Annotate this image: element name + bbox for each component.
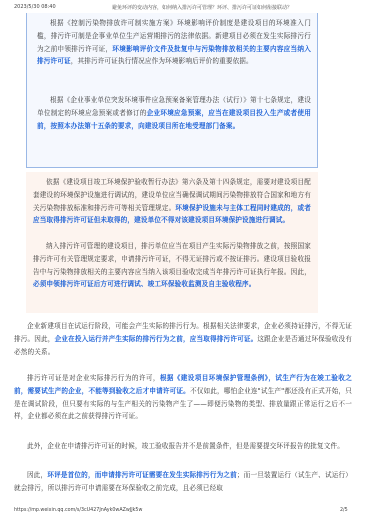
body-paragraph: 此外，企业在申请排污许可证的时候，竣工验收报告并不是前置条件，但是需要提交环评报… <box>14 440 352 453</box>
quote-paragraph: 纳入排污许可管理的建设项目，排污单位应当在项目产生实际污染物排放之前，按照国家排… <box>33 240 311 291</box>
highlight-text: 环评是首位的，而申请排污许可证需要在发生实际排污行为之前 <box>47 471 237 479</box>
body-paragraph: 企业新建项目在试运行阶段，可能会产生实际的排污行为。根据相关法律要求，企业必须持… <box>14 320 352 358</box>
quote-paragraph: 根据《企业事业单位突发环境事件应急预案备案管理办法（试行）》第十七条规定，建设单… <box>37 94 311 132</box>
quote-box-acceptance-rules: 依据《建设项目竣工环境保护验收暂行办法》第六条及第十四条规定，需要对建设项目配套… <box>26 172 318 313</box>
page-number: 2/5 <box>340 508 348 513</box>
body-paragraph: 排污许可证是对企业实际排污行为的许可，根据《建设项目环境保护管理条例》，试生产行… <box>14 372 352 423</box>
highlight-text: 企业在投入运行并产生实际的排污行为之前，应当取得排污许可证。 <box>55 335 258 343</box>
highlight-text: 必须申领排污许可证后方可进行调试、竣工环保验收监测及自主验收程序。 <box>33 280 256 288</box>
quote-box-emission-permit-plan: 根据《控制污染物排放许可制实施方案》环境影响评价制度是建设项目的环境准入门槛，排… <box>26 13 318 88</box>
body-paragraph: 因此，环评是首位的，而申请排污许可证需要在发生实际排污行为之前；而一旦装置运行（… <box>14 469 352 495</box>
quote-paragraph: 根据《控制污染物排放许可制实施方案》环境影响评价制度是建设项目的环境准入门槛，排… <box>37 17 311 68</box>
quote-box-emergency-plan: 根据《企业事业单位突发环境事件应急预案备案管理办法（试行）》第十七条规定，建设单… <box>26 88 318 168</box>
page-title: 避免环评的变动内容，如何纳入排污许可管理？环评、排污许可证如何衔接联动？ <box>112 4 292 11</box>
page-url: https://mp.weixin.qq.com/s/3cU427JnAyk0w… <box>14 508 142 513</box>
quote-paragraph: 依据《建设项目竣工环境保护验收暂行办法》第六条及第十四条规定，需要对建设项目配套… <box>33 176 311 227</box>
print-date: 2023/5/30 08:40 <box>14 4 56 10</box>
